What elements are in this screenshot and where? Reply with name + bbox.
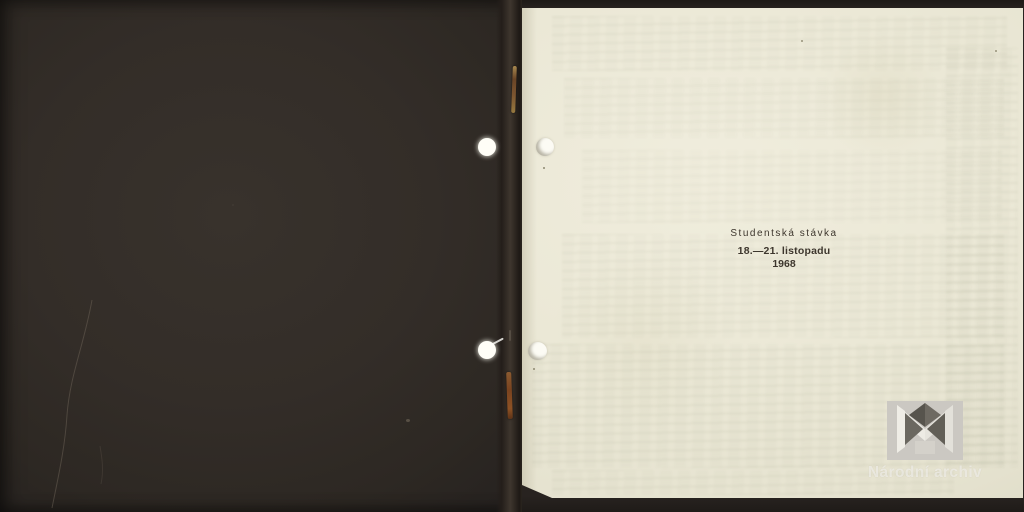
ghost-text-block [564,78,1004,138]
punch-hole-page-bottom [528,342,547,360]
watermark-text: Národní archiv [858,464,992,482]
ghost-text-block [582,150,1002,223]
scanned-document: Studentská stávka 18.—21. listopadu 1968… [0,0,1024,512]
document-date-range: 18.—21. listopadu [634,246,934,257]
document-title: Studentská stávka [634,228,934,239]
title-block: Studentská stávka 18.—21. listopadu 1968 [634,228,934,270]
stitch-thread-bottom [506,372,513,419]
notebook-cover [0,0,520,512]
archive-watermark: Národní archiv [858,399,992,482]
paper-speck [801,40,803,42]
cover-crease-lines [0,0,520,512]
cover-speck [232,204,234,206]
title-page: Studentská stávka 18.—21. listopadu 1968… [522,8,1023,498]
punch-hole-page-top [536,138,554,156]
cover-speck [406,419,410,422]
punch-hole-cover-top [478,138,496,156]
narodni-archiv-logo-icon [887,401,963,460]
document-year: 1968 [634,259,934,270]
paper-speck [543,167,545,169]
stitch-thread-top [511,66,517,113]
ghost-text-block [552,16,1007,71]
stitch-mark [509,330,511,341]
binding-edge [496,0,522,512]
paper-speck [533,368,535,370]
paper-speck [995,50,997,52]
